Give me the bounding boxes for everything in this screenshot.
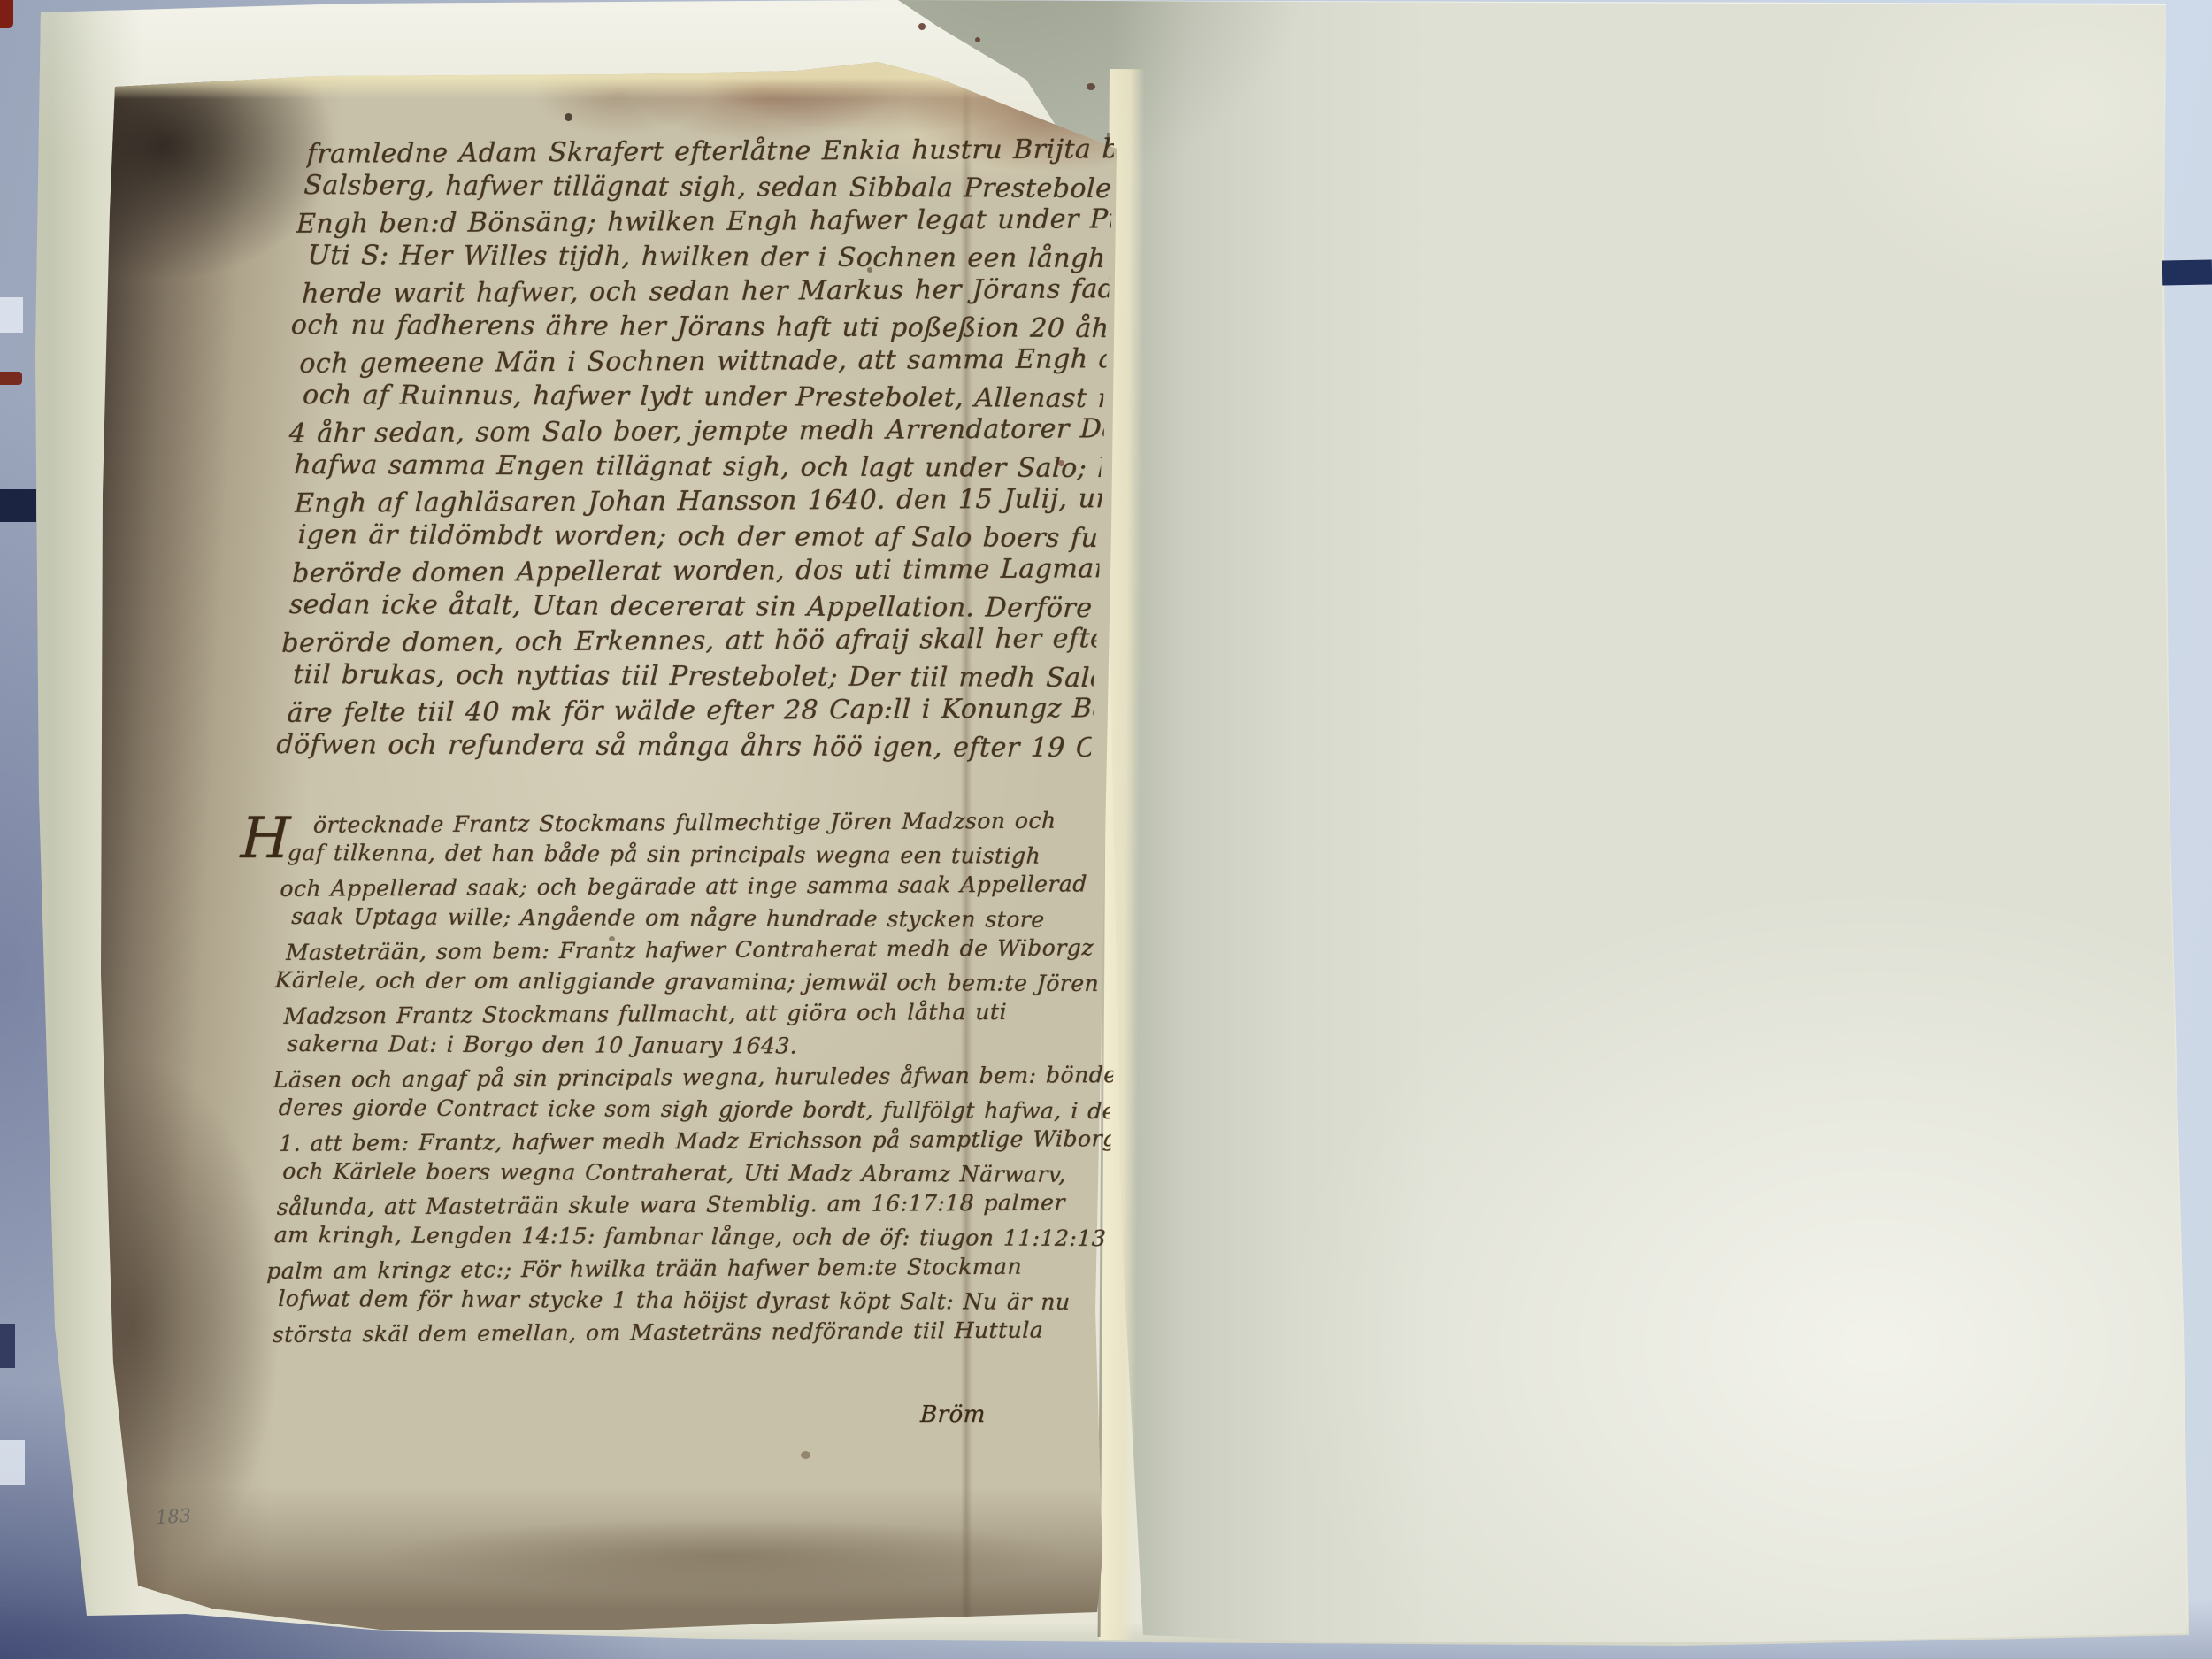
photo-edge-navy-mark-left [0, 489, 36, 522]
manuscript-text-line: sedan icke åtalt, Utan decererat sin App… [288, 588, 1096, 626]
photo-edge-navy-mark-lower [0, 1324, 15, 1368]
manuscript-text-line: och gemeene Män i Sochnen wittnade, att … [299, 342, 1107, 381]
manuscript-text-line: hafwa samma Engen tillägnat sigh, och la… [294, 448, 1102, 486]
manuscript-text-line: 1. att bem: Frantz, hafwer medh Madz Eri… [279, 1123, 1111, 1160]
manuscript-text-line: döfwen och refundera så många åhrs höö i… [276, 726, 1092, 765]
paragraph-2: örtecknade Frantz Stockmans fullmechtige… [270, 807, 1120, 1348]
manuscript-text-line: och Appellerad saak; och begärade att in… [280, 868, 1120, 905]
manuscript-text-line: Masteträän, som bem: Frantz hafwer Contr… [285, 932, 1118, 969]
pencil-folio-number: 183 [155, 1505, 192, 1529]
manuscript-text-line: deres giorde Contract icke som sigh gjor… [278, 1092, 1110, 1127]
photo-edge-white-sliver-upper [0, 297, 23, 333]
manuscript-text-line: sakerna Dat: i Borgo den 10 January 1643… [287, 1028, 1113, 1064]
manuscript-text-line: och nu fadherens ähre her Jörans haft ut… [290, 307, 1106, 346]
paragraph-1: framledne Adam Skrafert efterlåtne Enkia… [284, 134, 1113, 764]
manuscript-text-line: Salsberg, hafwer tillägnat sigh, sedan S… [303, 168, 1111, 206]
manuscript-text-line: gaf tilkenna, det han både på sin princi… [287, 837, 1119, 872]
manuscript-text-line: 4 åhr sedan, som Salo boer, jempte medh … [288, 411, 1104, 451]
manuscript-text-line: berörde domen Appellerat worden, dos uti… [292, 551, 1100, 591]
manuscript-text-line: am kringh, Lengden 14:15: fambnar långe,… [273, 1219, 1106, 1255]
manuscript-text-line: tiil brukas, och nyttias tiil Prestebole… [292, 657, 1094, 695]
manuscript-text-line: Kärlele, och der om anliggiande gravamin… [274, 964, 1115, 1000]
manuscript-text-line: största skäl dem emellan, om Masteträns … [272, 1314, 1104, 1351]
manuscript-text-line: äre felte tiil 40 mk för wälde efter 28 … [287, 691, 1094, 731]
manuscript-text-line: Läsen och angaf på sin principals wegna,… [273, 1059, 1113, 1096]
photo-edge-navy-bar-right [2162, 260, 2212, 286]
manuscript-text-line: och af Ruinnus, hafwer lydt under Preste… [302, 378, 1103, 416]
manuscript-text-line: palm am kringz etc:; För hwilka trään ha… [266, 1250, 1107, 1287]
stain-speck [975, 37, 980, 42]
manuscript-text-line: örtecknade Frantz Stockmans fullmechtige… [312, 804, 1122, 841]
manuscript-text-line: Madzson Frantz Stockmans fullmacht, att … [283, 995, 1116, 1033]
photo-edge-white-sliver-lower [0, 1440, 25, 1485]
manuscript-photo: framledne Adam Skrafert efterlåtne Enkia… [0, 0, 2212, 1659]
manuscript-text-line: framledne Adam Skrafert efterlåtne Enkia… [306, 132, 1114, 172]
manuscript-text-line: Engh ben:d Bönsäng; hwilken Engh hafwer … [296, 202, 1111, 242]
photo-edge-red-mark-mid [0, 372, 22, 385]
manuscript-text-line: sålunda, att Masteträän skule wara Stemb… [276, 1187, 1109, 1224]
paragraph-2-initial-capital: H [240, 810, 292, 867]
manuscript-text-line: igen är tildömbdt worden; och der emot a… [297, 518, 1099, 556]
stain-speck [801, 1451, 810, 1459]
manuscript-text-line: berörde domen, och Erkennes, att höö afr… [281, 621, 1097, 661]
stain-speck [1087, 83, 1095, 90]
manuscript-text-line: och Kärlele boers wegna Contraherat, Uti… [282, 1156, 1109, 1191]
photo-edge-red-mark-top [0, 0, 13, 28]
manuscript-text-line: Engh af laghläsaren Johan Hansson 1640. … [294, 481, 1102, 521]
stain-speck [918, 23, 926, 30]
ink-speck [565, 113, 572, 121]
catchword: Bröm [919, 1402, 986, 1428]
manuscript-text-line: lofwat dem för hwar stycke 1 tha höijst … [278, 1283, 1104, 1318]
manuscript-text-line: herde warit hafwer, och sedan her Markus… [302, 272, 1110, 311]
manuscript-text-line: saak Uptaga wille; Angående om någre hun… [291, 901, 1118, 936]
manuscript-text-line: Uti S: Her Willes tijdh, hwilken der i S… [307, 238, 1109, 276]
